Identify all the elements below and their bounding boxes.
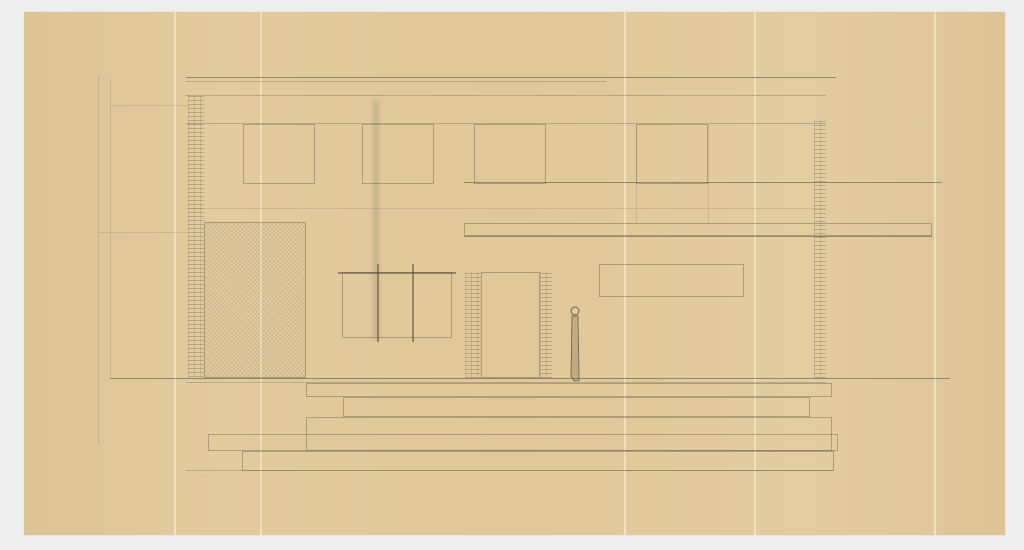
- window-mullion: [412, 264, 414, 342]
- construction-line: [98, 232, 188, 233]
- upper-window: [636, 124, 708, 184]
- construction-line: [98, 75, 99, 445]
- terrace-step: [306, 383, 832, 397]
- brick-wall-right: [814, 120, 826, 378]
- human-figure-icon: [568, 306, 582, 382]
- terrace-annotation: · · · · · · · ·: [310, 420, 343, 425]
- construction-line: [708, 124, 709, 224]
- canopy-slab: [464, 223, 932, 236]
- construction-line: [110, 78, 111, 378]
- wall-panel-outline: [204, 222, 306, 378]
- clerestory-window: [599, 264, 744, 297]
- ground-line: [110, 378, 950, 379]
- base-line: [186, 470, 834, 471]
- paper-fold: [174, 12, 176, 535]
- terrace-step: [343, 397, 810, 417]
- terrace-step: [242, 451, 834, 471]
- construction-line: [636, 124, 637, 224]
- door: [481, 272, 540, 378]
- brick-door-jamb-left: [465, 272, 481, 378]
- canopy-line: [464, 182, 942, 183]
- paper-fold: [934, 12, 936, 535]
- lower-window: [342, 272, 452, 338]
- upper-window: [243, 124, 315, 184]
- construction-line: [110, 105, 190, 106]
- upper-window: [474, 124, 546, 184]
- canopy-line: [464, 236, 932, 237]
- window-head: [338, 272, 456, 274]
- roof-line: [186, 77, 836, 78]
- terrace-step: [208, 434, 838, 451]
- brick-door-jamb-right: [540, 272, 552, 378]
- roof-line: [186, 81, 606, 82]
- fascia-line: [186, 95, 826, 96]
- brick-wall-left: [188, 95, 204, 377]
- construction-line: [186, 208, 826, 209]
- window-mullion: [377, 264, 379, 342]
- drawing-annotation: · · · · · · · · · ·: [188, 473, 230, 478]
